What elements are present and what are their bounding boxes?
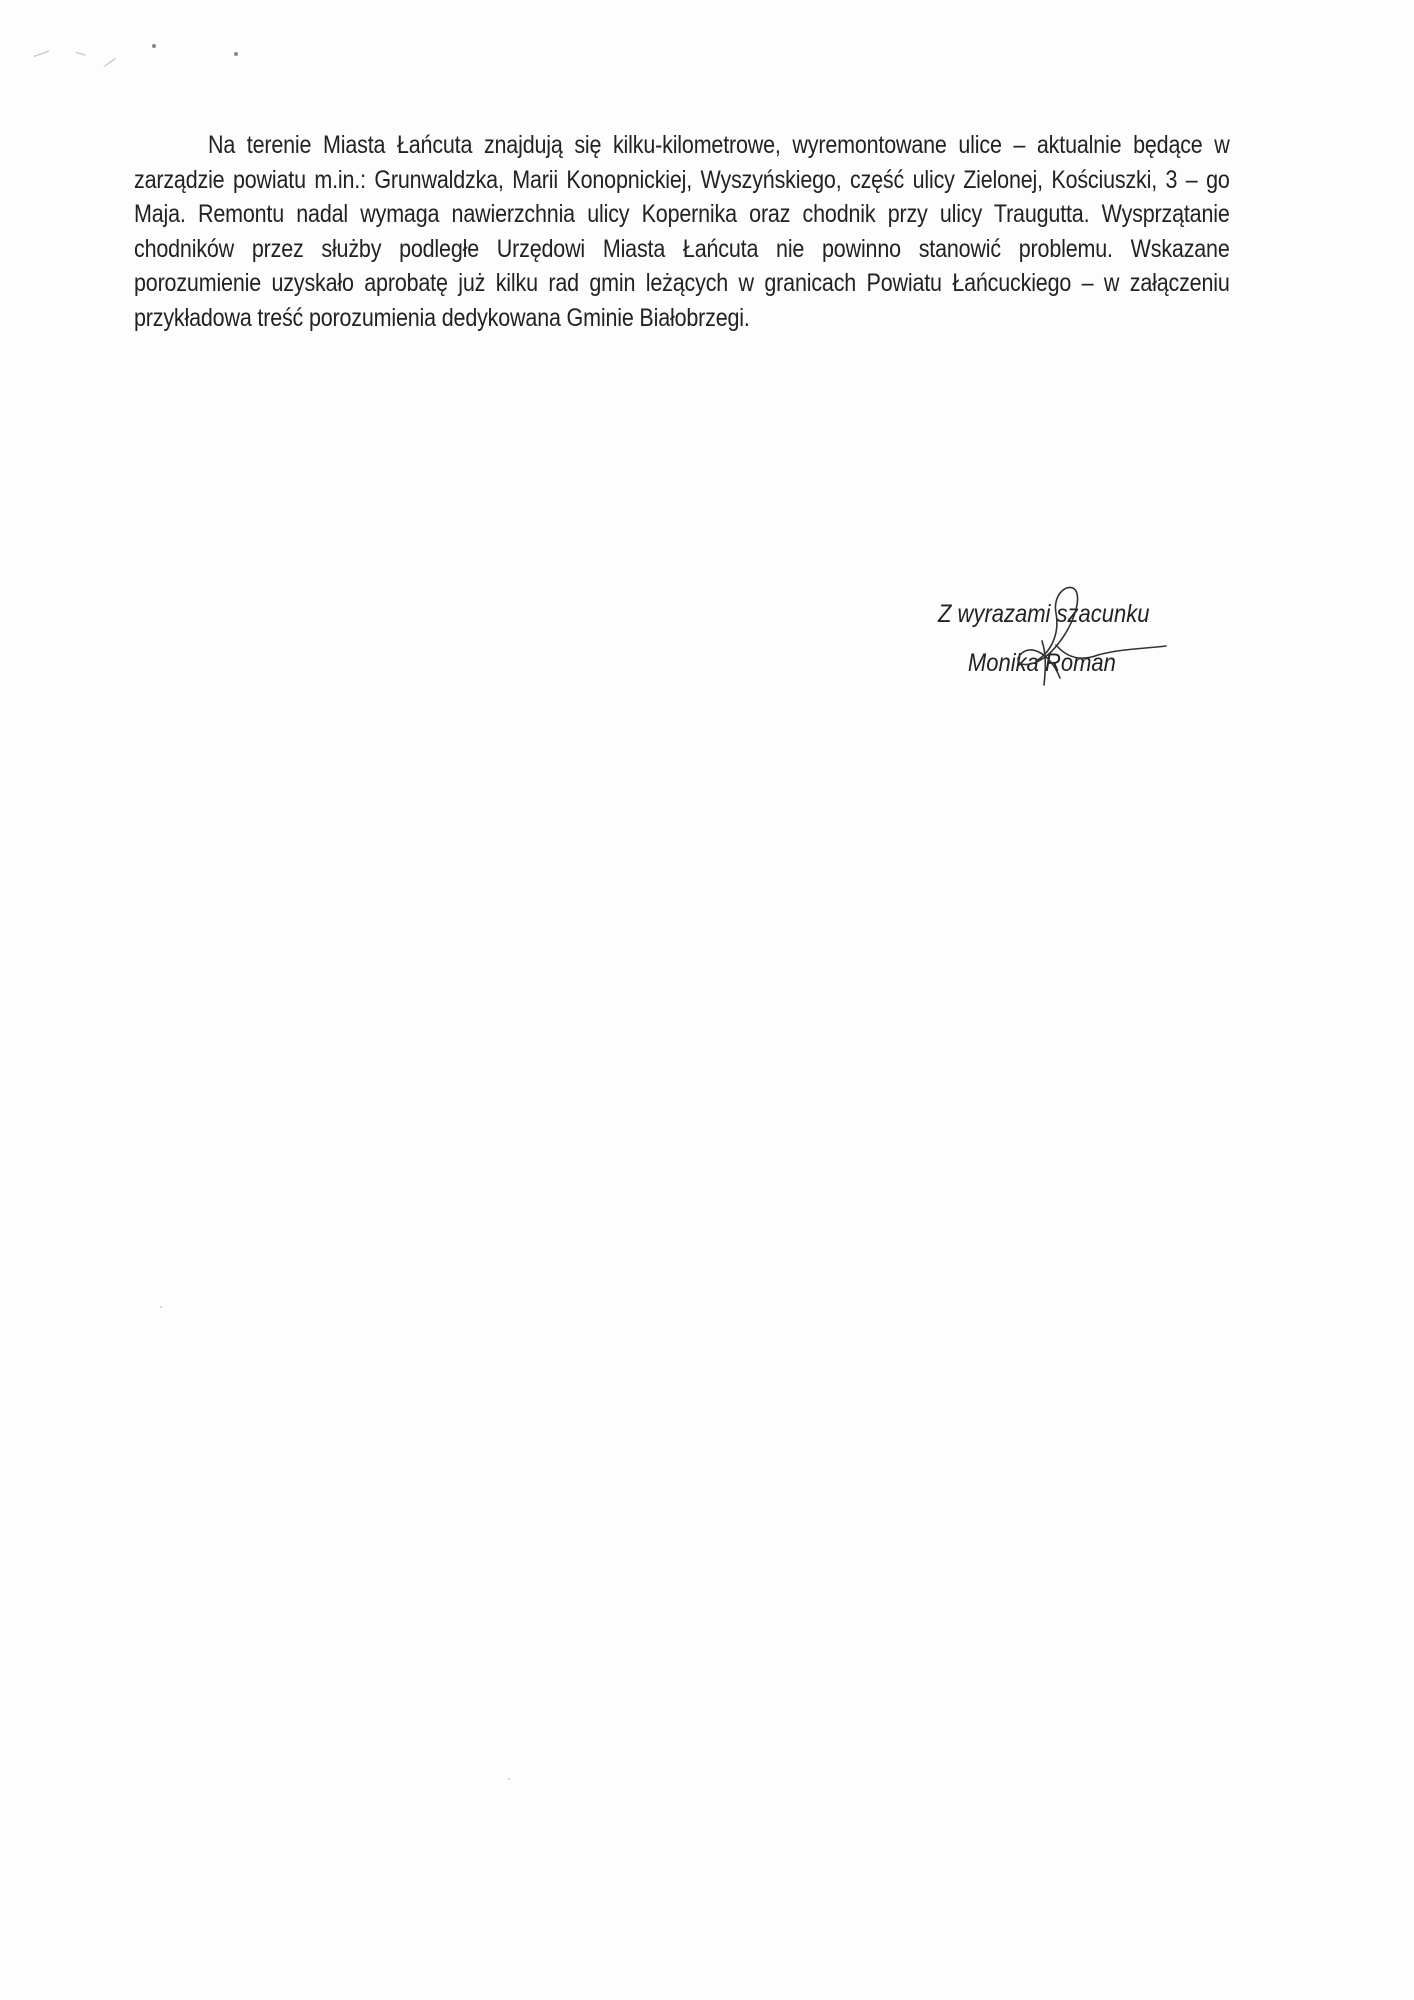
scan-speck [234,52,238,56]
letter-closing: Z wyrazami szacunku Monika Roman [938,600,1149,678]
scan-scratch [76,52,86,56]
document-page: Na terenie Miasta Łańcuta znajdują się k… [0,0,1414,2000]
closing-salutation: Z wyrazami szacunku [938,600,1149,629]
scan-speck [152,44,156,48]
scan-scratch [104,58,116,67]
letter-body: Na terenie Miasta Łańcuta znajdują się k… [134,128,1230,335]
body-paragraph: Na terenie Miasta Łańcuta znajdują się k… [134,128,1230,335]
scan-speck [160,1306,162,1308]
scan-scratch [34,51,49,57]
scan-speck [508,1778,510,1780]
signatory-name: Monika Roman [938,649,1149,678]
